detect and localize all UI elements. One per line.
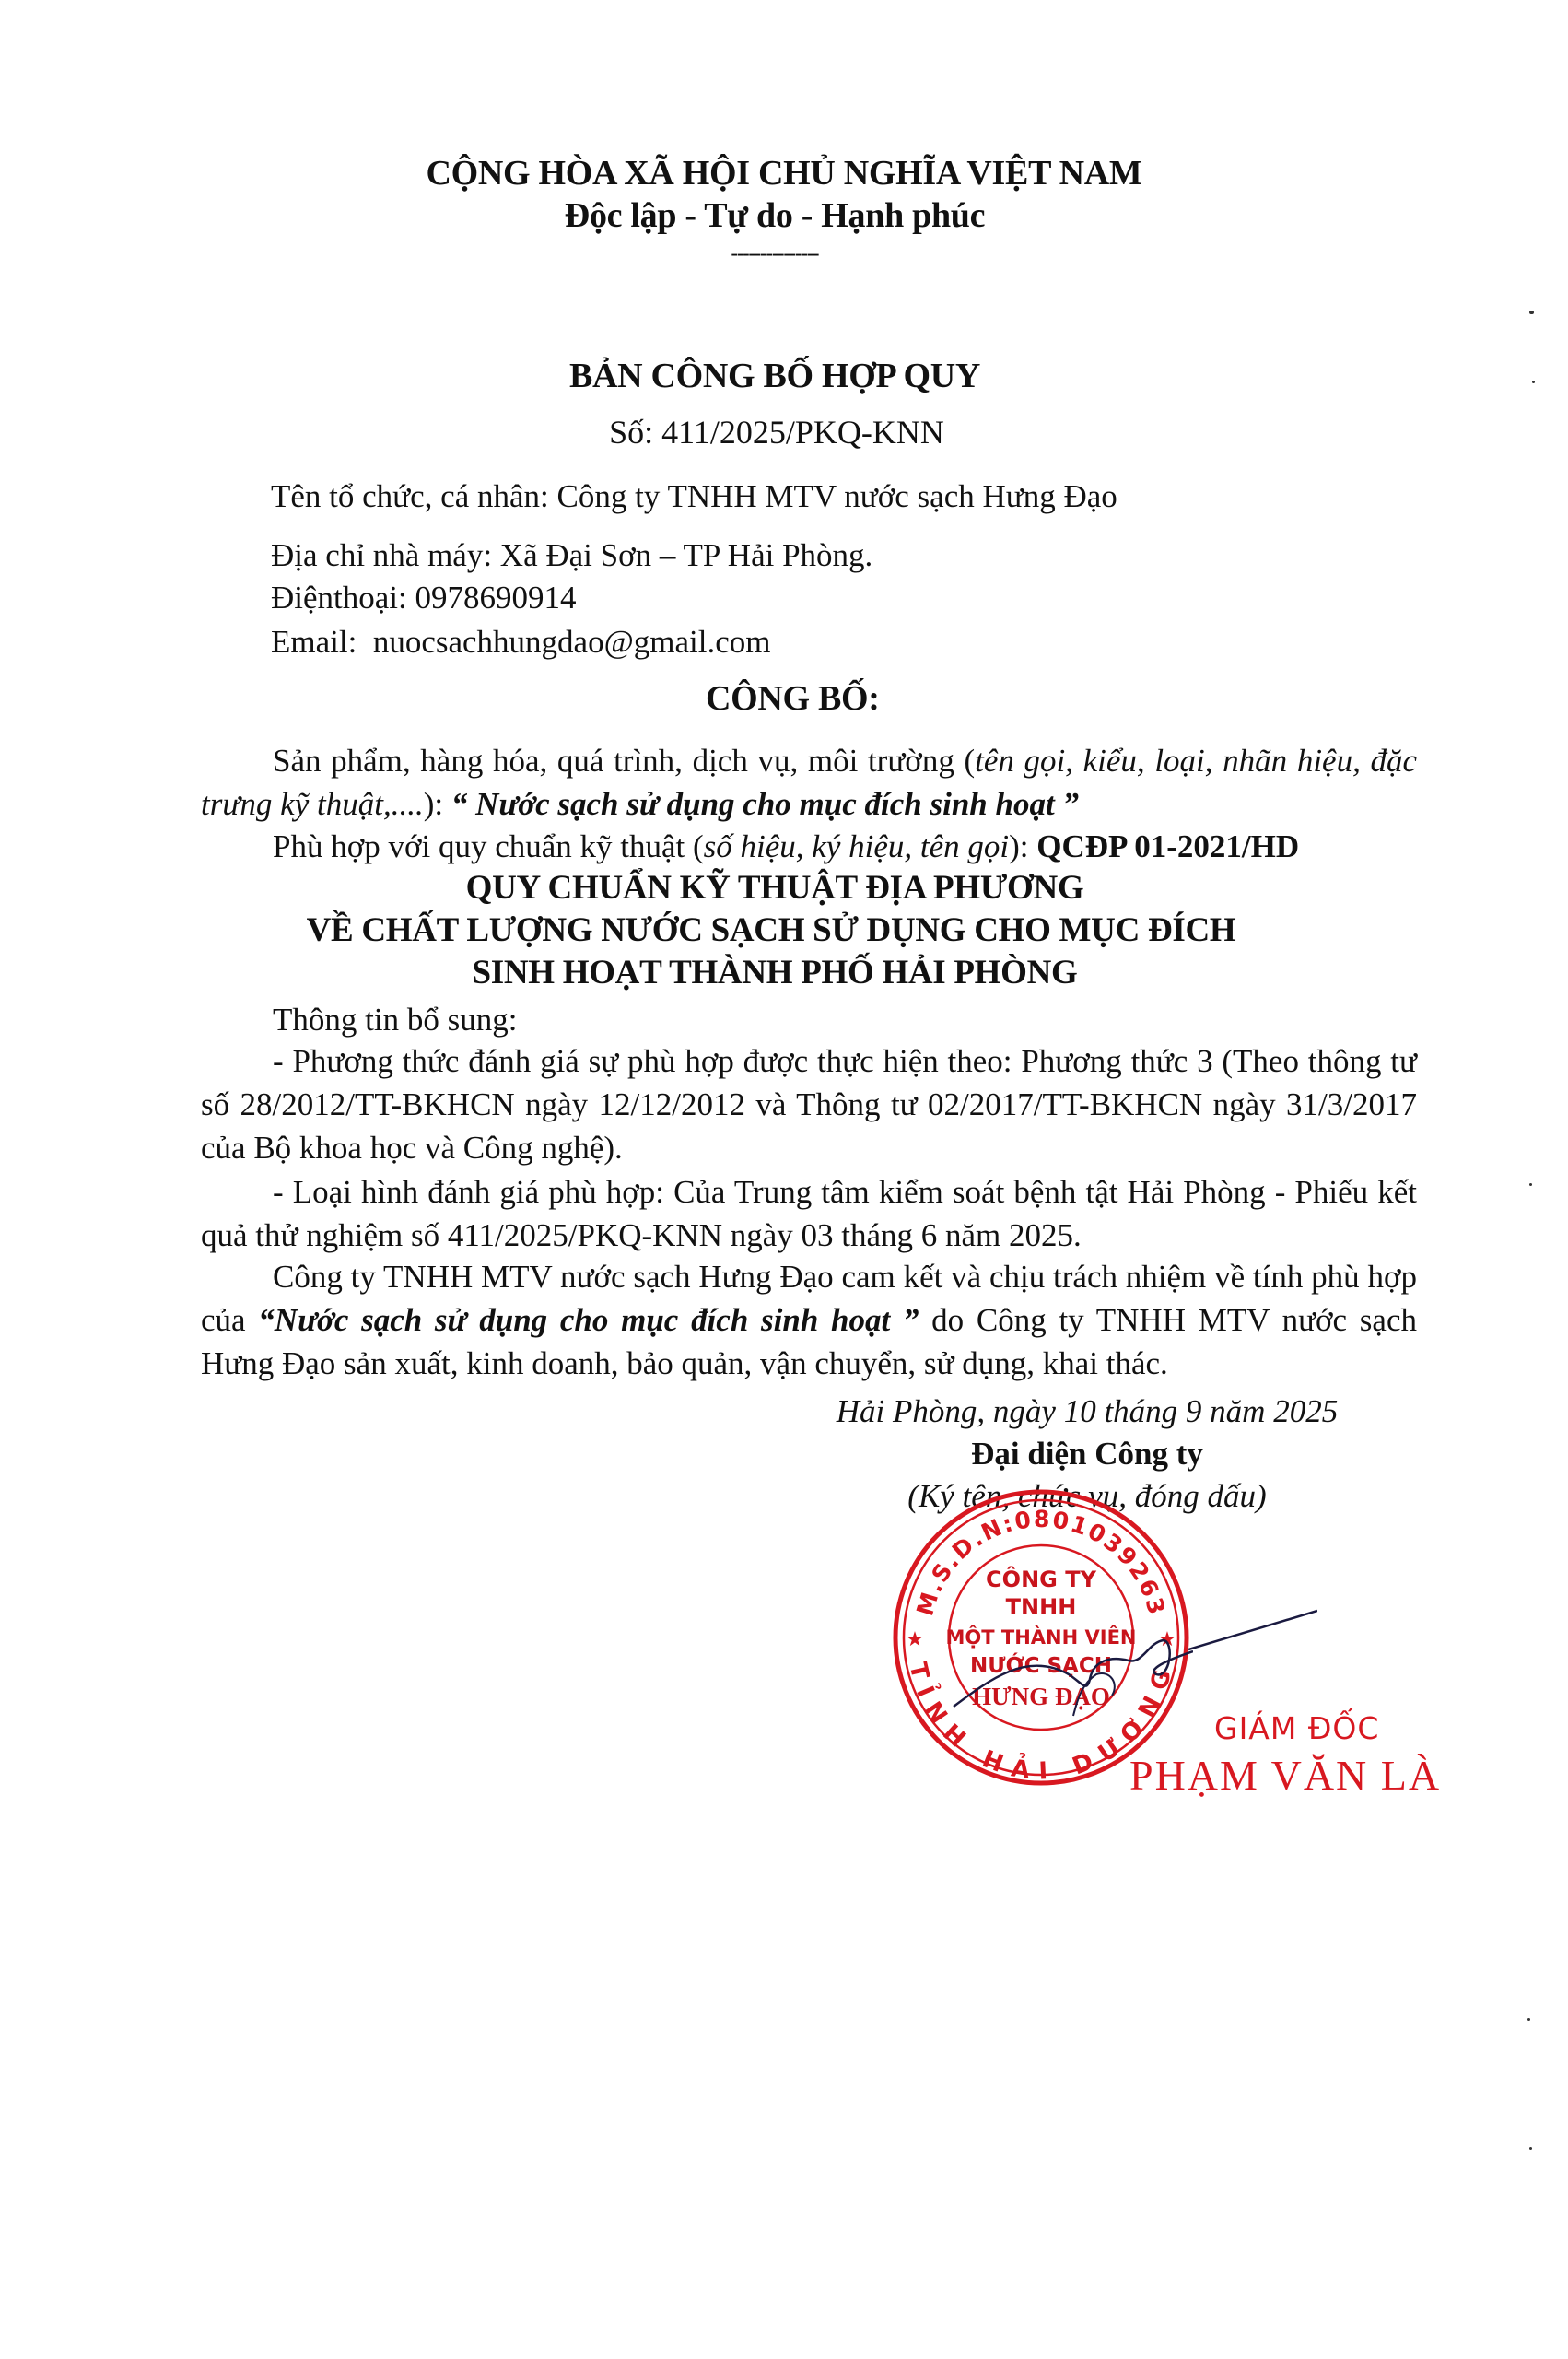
additional-info-heading: Thông tin bổ sung: bbox=[273, 999, 517, 1041]
phone-number: Điệnthoại: 0978690914 bbox=[271, 577, 577, 619]
email-address: nuocsachhungdao@gmail.com bbox=[373, 624, 771, 660]
document-title: BẢN CÔNG BỐ HỢP QUY bbox=[0, 356, 1559, 396]
stamp-line-3: MỘT THÀNH VIÊN bbox=[946, 1625, 1137, 1649]
stamp-line-2: TNHH bbox=[1006, 1594, 1077, 1620]
scan-speck bbox=[1529, 1183, 1532, 1186]
product-paragraph: Sản phẩm, hàng hóa, quá trình, dịch vụ, … bbox=[201, 739, 1417, 826]
commitment-paragraph: Công ty TNHH MTV nước sạch Hưng Đạo cam … bbox=[201, 1255, 1417, 1385]
scan-speck bbox=[1529, 311, 1534, 314]
standard-title-line-3: SINH HOẠT THÀNH PHỐ HẢI PHÒNG bbox=[0, 953, 1559, 992]
place-date: Hải Phòng, ngày 10 tháng 9 năm 2025 bbox=[774, 1393, 1400, 1430]
country-name: CỘNG HÒA XÃ HỘI CHỦ NGHĨA VIỆT NAM bbox=[0, 153, 1568, 194]
national-motto: Độc lập - Tự do - Hạnh phúc bbox=[0, 195, 1559, 236]
product-mid: ): bbox=[424, 786, 451, 822]
standard-hint: số hiệu, ký hiệu, tên gọi bbox=[704, 828, 1009, 864]
standard-line: Phù hợp với quy chuẩn kỹ thuật (số hiệu,… bbox=[273, 826, 1299, 868]
scan-speck bbox=[1532, 381, 1535, 383]
email-line: Email: nuocsachhungdao@gmail.com bbox=[271, 621, 771, 663]
signer-position: GIÁM ĐỐC bbox=[1214, 1710, 1379, 1746]
representative-label: Đại diện Công ty bbox=[774, 1436, 1400, 1473]
standard-title-line-1: QUY CHUẨN KỸ THUẬT ĐỊA PHƯƠNG bbox=[0, 868, 1559, 908]
signature-tail-icon bbox=[1188, 1603, 1317, 1659]
product-name: “ Nước sạch sử dụng cho mục đích sinh ho… bbox=[451, 786, 1079, 822]
product-prefix: Sản phẩm, hàng hóa, quá trình, dịch vụ, … bbox=[273, 743, 975, 779]
star-icon: ★ bbox=[906, 1627, 924, 1650]
organization-name: Tên tổ chức, cá nhân: Công ty TNHH MTV n… bbox=[271, 475, 1117, 518]
company-seal-stamp: M.S.D.N:0801039263 TỈNH HẢI DƯƠNG ★ ★ CÔ… bbox=[889, 1485, 1193, 1790]
document-number: Số: 411/2025/PKQ-KNN bbox=[0, 413, 1561, 452]
standard-mid: ): bbox=[1009, 828, 1036, 864]
email-label: Email: bbox=[271, 624, 357, 660]
standard-prefix: Phù hợp với quy chuẩn kỹ thuật ( bbox=[273, 828, 704, 864]
assessment-method: - Phương thức đánh giá sự phù hợp được t… bbox=[201, 1039, 1417, 1169]
stamp-line-5: HƯNG ĐẠO bbox=[972, 1683, 1110, 1710]
signer-name: PHẠM VĂN LÀ bbox=[1129, 1751, 1441, 1800]
star-icon: ★ bbox=[1158, 1627, 1176, 1650]
commitment-product: “Nước sạch sử dụng cho mục đích sinh hoạ… bbox=[258, 1302, 919, 1338]
scan-speck bbox=[1527, 2018, 1530, 2021]
standard-code: QCĐP 01-2021/HD bbox=[1036, 828, 1299, 864]
scan-speck bbox=[1529, 2147, 1532, 2150]
announce-heading: CÔNG BỐ: bbox=[706, 678, 880, 719]
standard-title-line-2: VỀ CHẤT LƯỢNG NƯỚC SẠCH SỬ DỤNG CHO MỤC … bbox=[0, 910, 1555, 950]
assessment-type: - Loại hình đánh giá phù hợp: Của Trung … bbox=[201, 1170, 1417, 1257]
header-separator: --------------- bbox=[0, 241, 1559, 265]
stamp-line-1: CÔNG TY bbox=[986, 1565, 1097, 1592]
factory-address: Địa chỉ nhà máy: Xã Đại Sơn – TP Hải Phò… bbox=[271, 534, 872, 577]
